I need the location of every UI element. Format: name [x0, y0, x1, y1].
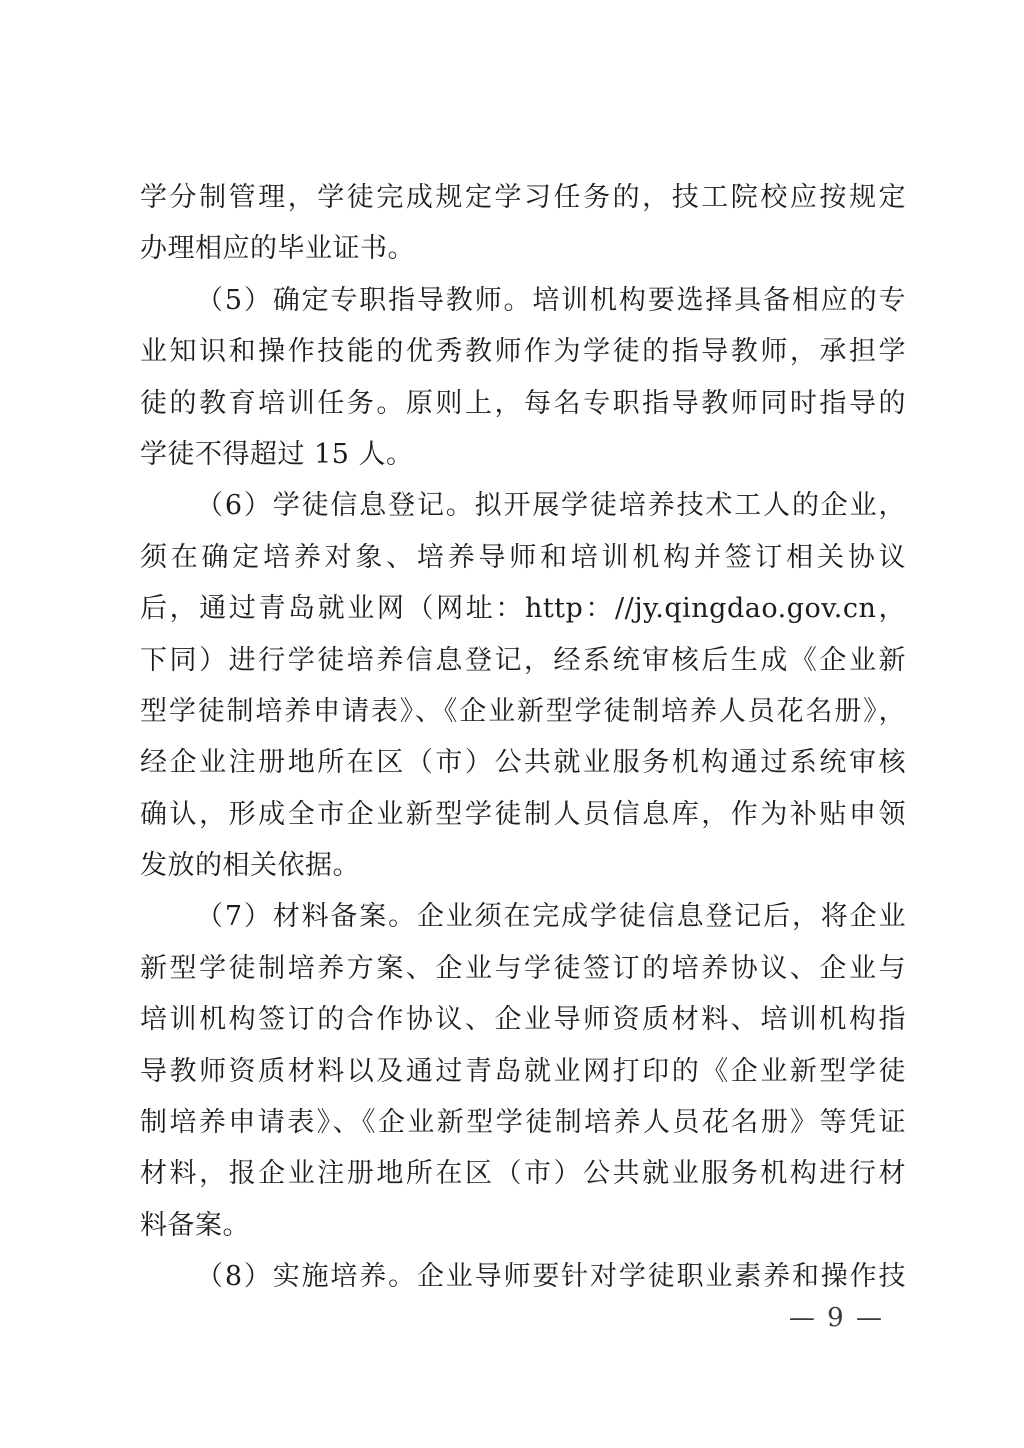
- text-line: 学徒不得超过 15 人。: [140, 429, 906, 480]
- text-line: 发放的相关依据。: [140, 840, 906, 891]
- text-line: 办理相应的毕业证书。: [140, 223, 906, 274]
- text-line: 制培养申请表》、《企业新型学徒制培养人员花名册》等凭证: [140, 1097, 906, 1148]
- text-line: （5）确定专职指导教师。培训机构要选择具备相应的专: [140, 275, 906, 326]
- text-line: 业知识和操作技能的优秀教师作为学徒的指导教师，承担学: [140, 326, 906, 377]
- text-line: （8）实施培养。企业导师要针对学徒职业素养和操作技: [140, 1251, 906, 1302]
- text-line: （7）材料备案。企业须在完成学徒信息登记后，将企业: [140, 891, 906, 942]
- text-line: 经企业注册地所在区（市）公共就业服务机构通过系统审核: [140, 737, 906, 788]
- page-number: — 9 —: [789, 1303, 884, 1333]
- text-line: 培训机构签订的合作协议、企业导师资质材料、培训机构指: [140, 994, 906, 1045]
- text-line: 须在确定培养对象、培养导师和培训机构并签订相关协议: [140, 532, 906, 583]
- page-footer: — 9 —: [789, 1298, 884, 1338]
- text-line: 下同）进行学徒培养信息登记，经系统审核后生成《企业新: [140, 635, 906, 686]
- text-line: 导教师资质材料以及通过青岛就业网打印的《企业新型学徒: [140, 1046, 906, 1097]
- text-line: 料备案。: [140, 1200, 906, 1251]
- text-line: （6）学徒信息登记。拟开展学徒培养技术工人的企业，: [140, 480, 906, 531]
- text-line: 确认，形成全市企业新型学徒制人员信息库，作为补贴申领: [140, 789, 906, 840]
- document-page: 学分制管理，学徒完成规定学习任务的，技工院校应按规定办理相应的毕业证书。（5）确…: [0, 0, 1024, 1448]
- text-line: 后，通过青岛就业网（网址：http：//jy.qingdao.gov.cn，: [140, 583, 906, 634]
- text-line: 学分制管理，学徒完成规定学习任务的，技工院校应按规定: [140, 172, 906, 223]
- text-line: 型学徒制培养申请表》、《企业新型学徒制培养人员花名册》，: [140, 686, 906, 737]
- text-line: 徒的教育培训任务。原则上，每名专职指导教师同时指导的: [140, 378, 906, 429]
- text-line: 新型学徒制培养方案、企业与学徒签订的培养协议、企业与: [140, 943, 906, 994]
- document-body: 学分制管理，学徒完成规定学习任务的，技工院校应按规定办理相应的毕业证书。（5）确…: [140, 172, 906, 1303]
- text-line: 材料，报企业注册地所在区（市）公共就业服务机构进行材: [140, 1148, 906, 1199]
